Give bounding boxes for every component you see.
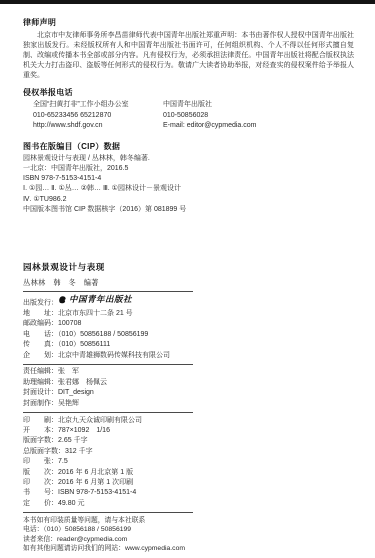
cip-heading: 图书在版编目（CIP）数据 [23,141,354,152]
hotline-right-org: 中国青年出版社 [163,100,256,111]
publisher-label: 出版发行： [23,299,58,306]
hotline-column-right: 中国青年出版社 010-50856028 E-mail: editor@cypm… [163,100,256,132]
colophon-row: 印 刷：北京九天众诚印刷有限公司 [23,416,354,426]
hotline-left-org: 全国“扫黄打非”工作小组办公室 [33,100,153,111]
divider [23,412,193,413]
divider [23,291,193,292]
colophon-row: 封面制作：吴艳辉 [23,399,354,409]
colophon-row: 企 划：北京中青雄狮数码传媒科技有限公司 [23,351,354,361]
colophon-row: 封面设计：DIT_design [23,388,354,398]
colophon-row: 电 话：（010）50856188 / 50856199 [23,330,354,340]
footer-note-phone: 电话：（010）50856188 / 50856199 [23,525,354,534]
footer-note-website: 如有其他问题请访问我们的网站：www.cypmedia.com [23,544,354,553]
hotline-column-left: 全国“扫黄打非”工作小组办公室 010-65233456 65212870 ht… [33,100,153,132]
hotline-left-phone: 010-65233456 65212870 [33,111,153,122]
colophon-row: 版面字数：2.65 千字 [23,436,354,446]
cip-line: Ⅰ. ①园… Ⅱ. ①丛… ②韩… Ⅲ. ①园林设计－景观设计 [23,184,354,194]
divider [23,364,193,365]
book-authors: 丛林林 韩 冬 编著 [23,278,354,288]
footer-note-quality: 本书如有印装质量等问题，请与本社联系 [23,516,354,525]
hotline-left-url: http://www.shdf.gov.cn [33,121,153,132]
hotline-right-email: E-mail: editor@cypmedia.com [163,121,256,132]
lawyer-statement-body: 北京市中友律师事务所李昌苗律师代表中国青年出版社郑重声明：本书由著作权人授权中国… [23,31,354,81]
report-hotline-heading: 侵权举报电话 [23,87,354,98]
china-youth-press-logo-icon [58,295,67,304]
footer-note-reader-email: 读者来信：reader@cypmedia.com [23,535,354,544]
colophon-row: 定 价：49.80 元 [23,499,354,509]
cip-line: Ⅳ. ①TU986.2 [23,195,354,205]
colophon-row: 传 真：（010）50856111 [23,340,354,350]
colophon-row: 地 址：北京市东四十二条 21 号 [23,309,354,319]
section-gap [23,215,354,261]
colophon-row: 助理编辑：张君娜 杨佩云 [23,378,354,388]
colophon-row: 总版面字数：312 千字 [23,447,354,457]
publisher-name-script: 中国青年出版社 [69,295,132,305]
colophon-row: 印 张：7.5 [23,457,354,467]
book-copyright-page: 律师声明 北京市中友律师事务所李昌苗律师代表中国青年出版社郑重声明：本书由著作权… [0,0,375,558]
colophon-row: 版 次：2016 年 6 月北京第 1 版 [23,468,354,478]
hotline-right-phone: 010-50856028 [163,111,256,122]
colophon-row: 印 次：2016 年 6 月第 1 次印刷 [23,478,354,488]
cip-line: 园林景观设计与表现 / 丛林林，韩冬编著. [23,154,354,164]
footer-notes: 本书如有印装质量等问题，请与本社联系 电话：（010）50856188 / 50… [23,516,354,554]
cip-block: 园林景观设计与表现 / 丛林林，韩冬编著. 一北京：中国青年出版社，2016.5… [23,154,354,216]
colophon-row: 邮政编码：100708 [23,319,354,329]
book-title: 园林景观设计与表现 [23,261,354,273]
lawyer-statement-heading: 律师声明 [23,17,354,28]
cip-line: 一北京：中国青年出版社，2016.5 [23,164,354,174]
cip-line: ISBN 978-7-5153-4151-4 [23,174,354,184]
cip-line: 中国版本图书馆 CIP 数据核字（2016）第 081899 号 [23,205,354,215]
report-hotline-columns: 全国“扫黄打非”工作小组办公室 010-65233456 65212870 ht… [23,100,354,132]
divider [23,512,193,513]
colophon-row: 书 号：ISBN 978-7-5153-4151-4 [23,488,354,498]
colophon-row: 开 本：787×1092 1/16 [23,426,354,436]
colophon-row-publisher: 出版发行：中国青年出版社 [23,295,354,309]
colophon-row: 责任编辑：张 军 [23,367,354,377]
page-content: 律师声明 北京市中友律师事务所李昌苗律师代表中国青年出版社郑重声明：本书由著作权… [23,4,354,553]
